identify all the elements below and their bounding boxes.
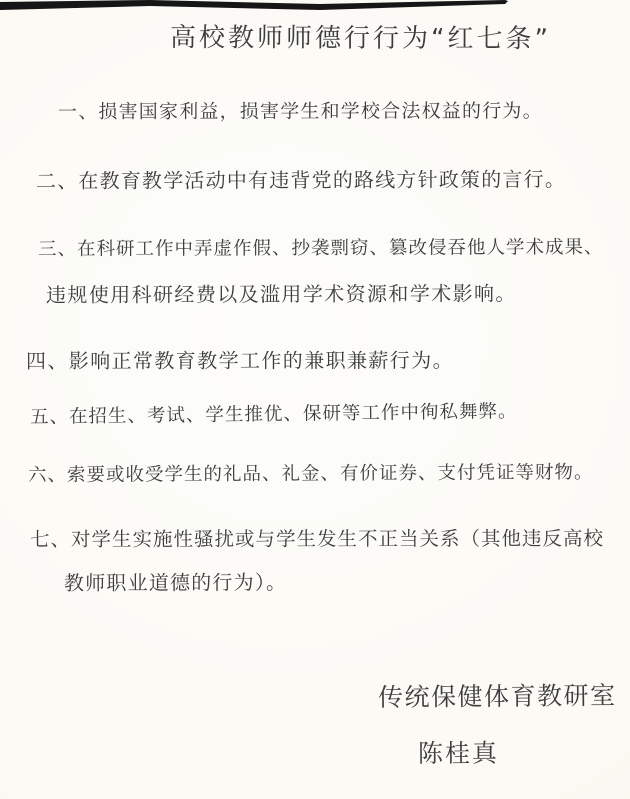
document-title: 高校教师师德行行为“红七条” <box>170 22 551 56</box>
rule-3-line-2: 违规使用科研经费以及滥用学术资源和学术影响。 <box>46 281 517 308</box>
paper-sheet: 高校教师师德行行为“红七条” 一、损害国家利益，损害学生和学校合法权益的行为。 … <box>0 0 630 799</box>
scan-edge-artifact <box>0 0 508 13</box>
rule-1-line-1: 一、损害国家利益，损害学生和学校合法权益的行为。 <box>58 100 543 125</box>
rule-4-line-1: 四、影响正常教育教学工作的兼职兼薪行为。 <box>26 348 454 374</box>
rule-7-line-2: 教师职业道德的行为）。 <box>64 570 287 596</box>
rule-6-line-1: 六、索要或收受学生的礼品、礼金、有价证券、支付凭证等财物。 <box>28 461 594 487</box>
signature-name: 陈桂真 <box>418 738 499 770</box>
signature-department: 传统保健体育教研室 <box>378 680 617 713</box>
rule-3-line-1: 三、在科研工作中弄虚作假、抄袭剽窃、篡改侵吞他人学术成果、 <box>38 236 604 261</box>
rule-7-line-1: 七、对学生实施性骚扰或与学生发生不正当关系（其他违反高校 <box>30 527 604 552</box>
rule-5-line-1: 五、在招生、考试、学生推优、保研等工作中徇私舞弊。 <box>30 400 518 429</box>
rule-2-line-1: 二、在教育教学活动中有违背党的路线方针政策的言行。 <box>36 167 566 194</box>
